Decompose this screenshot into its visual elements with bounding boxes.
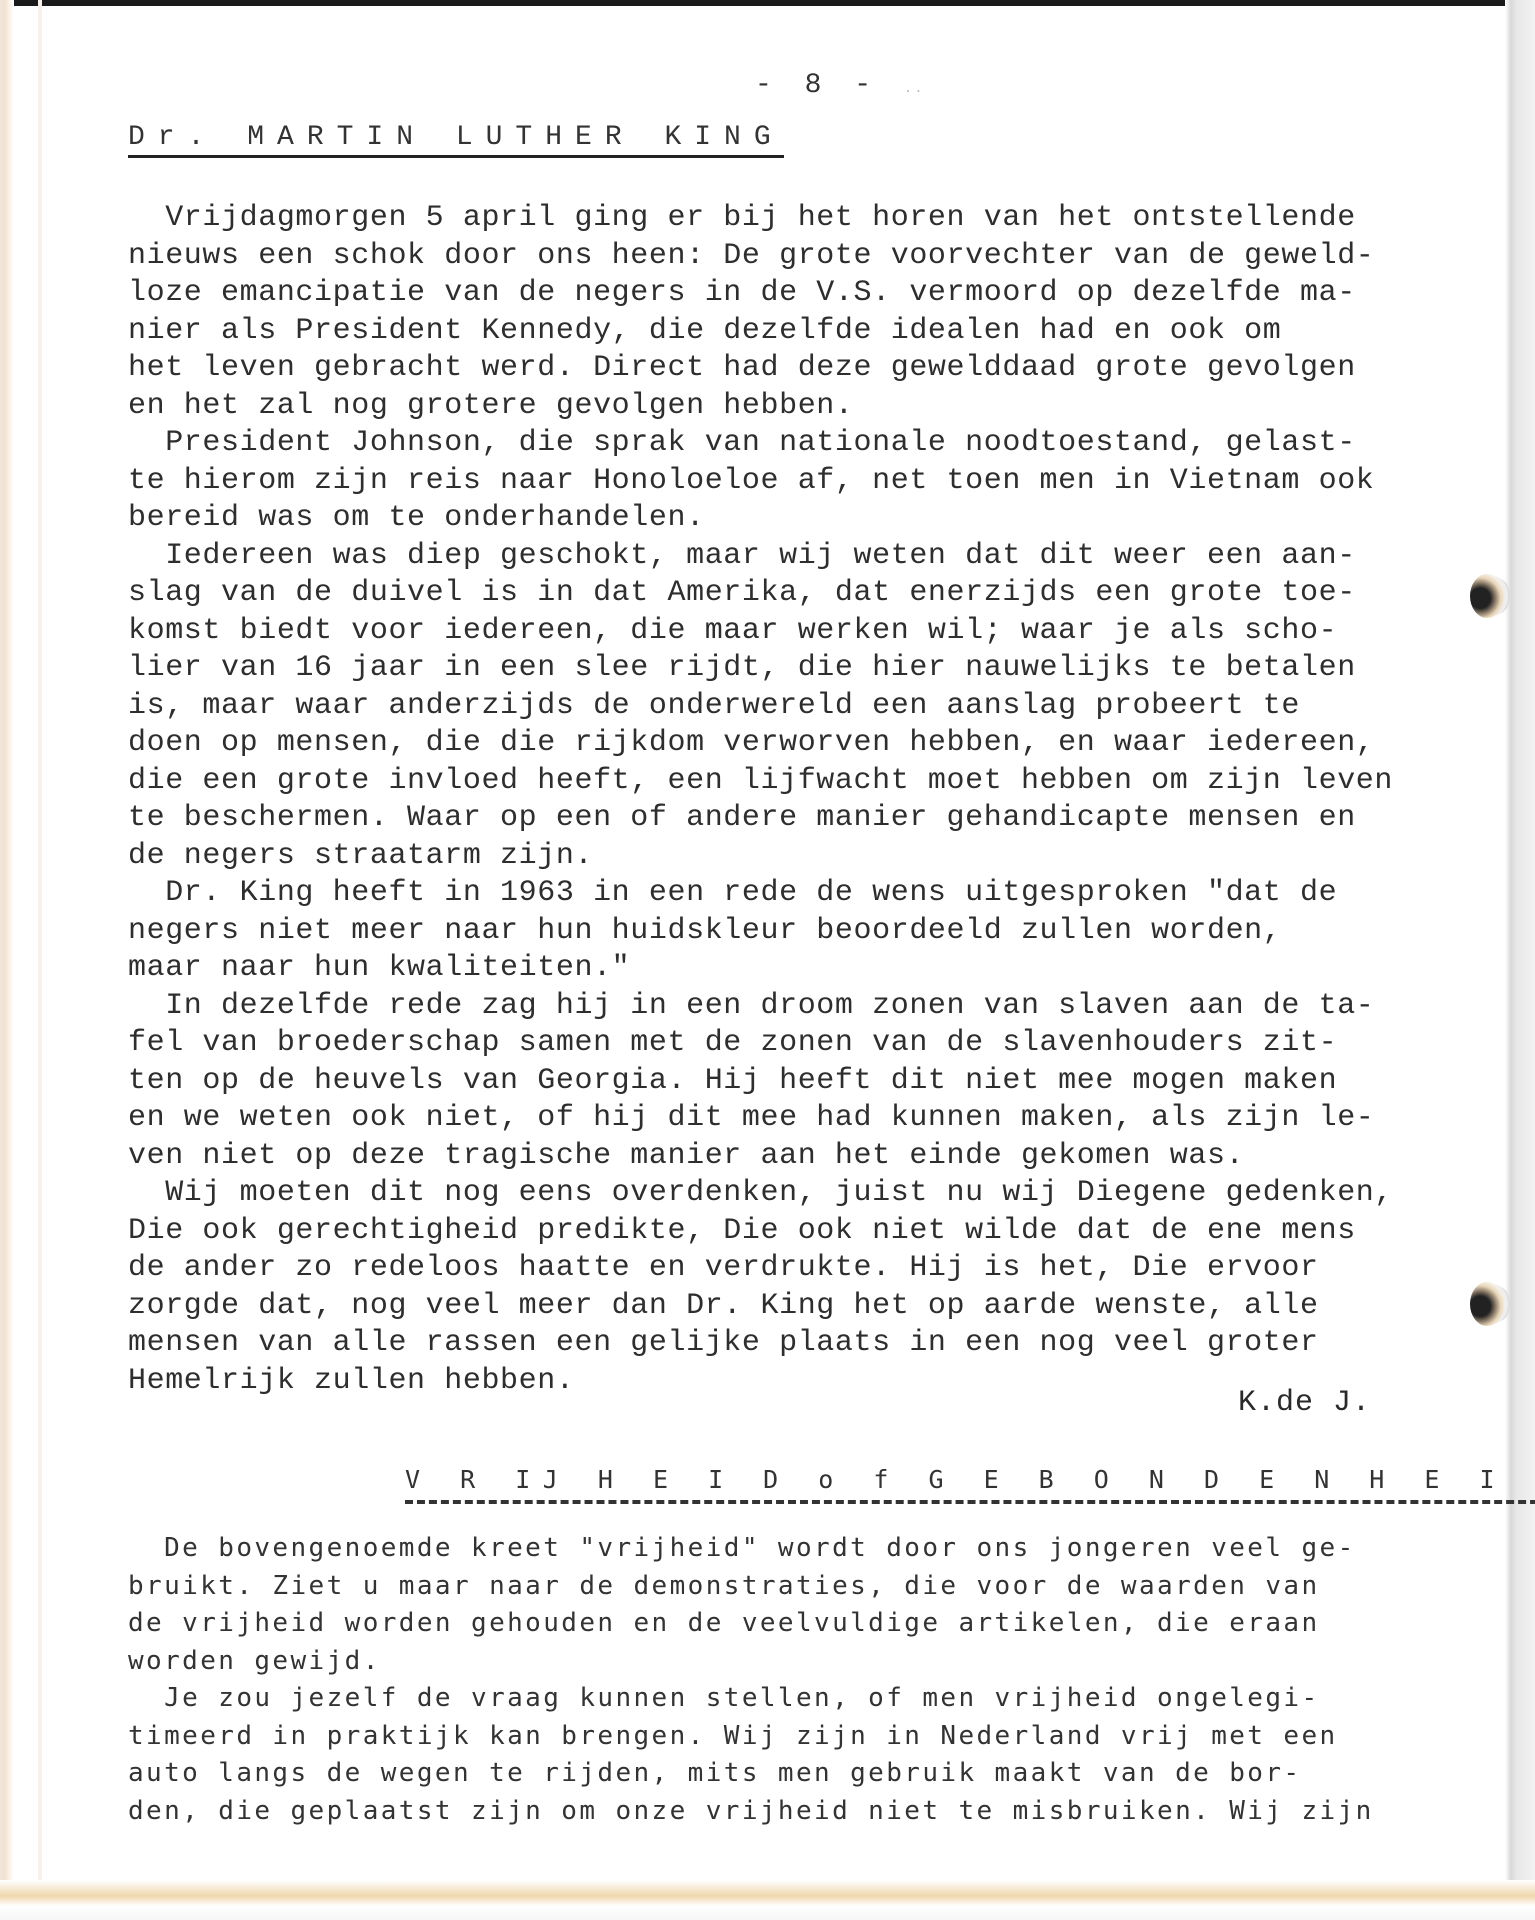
text-line: bereid was om te onderhandelen.: [128, 500, 1488, 538]
text-line: auto langs de wegen te rijden, mits men …: [128, 1755, 1488, 1793]
text-line: nieuws een schok door ons heen: De grote…: [128, 238, 1488, 276]
text-line: komst biedt voor iedereen, die maar werk…: [128, 613, 1488, 651]
text-line: zorgde dat, nog veel meer dan Dr. King h…: [128, 1288, 1488, 1326]
text-line: slag van de duivel is in dat Amerika, da…: [128, 575, 1488, 613]
text-line: Die ook gerechtigheid predikte, Die ook …: [128, 1213, 1488, 1251]
text-line: Vrijdagmorgen 5 april ging er bij het ho…: [128, 200, 1488, 238]
text-line: fel van broederschap samen met de zonen …: [128, 1025, 1488, 1063]
text-line: negers niet meer naar hun huidskleur beo…: [128, 913, 1488, 951]
paper-fold-line: [38, 0, 42, 1920]
text-line: de ander zo redeloos haatte en verdrukte…: [128, 1250, 1488, 1288]
text-line: nier als President Kennedy, die dezelfde…: [128, 313, 1488, 351]
text-line: die een grote invloed heeft, een lijfwac…: [128, 763, 1488, 801]
text-line: worden gewijd.: [128, 1643, 1488, 1681]
text-line: lier van 16 jaar in een slee rijdt, die …: [128, 650, 1488, 688]
text-line: is, maar waar anderzijds de onderwereld …: [128, 688, 1488, 726]
text-line: maar naar hun kwaliteiten.": [128, 950, 1488, 988]
text-line: President Johnson, die sprak van nationa…: [128, 425, 1488, 463]
author-signature: K.de J.: [1238, 1386, 1371, 1420]
paper-bottom-edge: [0, 1880, 1535, 1920]
page-number-label: - 8 -: [755, 70, 879, 101]
text-line: Dr. King heeft in 1963 in een rede de we…: [128, 875, 1488, 913]
text-line: In dezelfde rede zag hij in een droom zo…: [128, 988, 1488, 1026]
text-line: bruikt. Ziet u maar naar de demonstratie…: [128, 1568, 1488, 1606]
page-number-dots: ..: [904, 81, 925, 97]
article-body-mlk: Vrijdagmorgen 5 april ging er bij het ho…: [128, 200, 1488, 1400]
text-line: mensen van alle rassen een gelijke plaat…: [128, 1325, 1488, 1363]
text-line: Iedereen was diep geschokt, maar wij wet…: [128, 538, 1488, 576]
text-line: te hierom zijn reis naar Honoloeloe af, …: [128, 463, 1488, 501]
text-line: De bovengenoemde kreet "vrijheid" wordt …: [128, 1530, 1488, 1568]
text-line: doen op mensen, die die rijkdom verworve…: [128, 725, 1488, 763]
paper-right-edge: [1505, 0, 1535, 1920]
text-line: Wij moeten dit nog eens overdenken, juis…: [128, 1175, 1488, 1213]
article-body-vrijheid: De bovengenoemde kreet "vrijheid" wordt …: [128, 1530, 1488, 1830]
text-line: en we weten ook niet, of hij dit mee had…: [128, 1100, 1488, 1138]
paper-left-edge: [0, 0, 14, 1920]
text-line: te beschermen. Waar op een of andere man…: [128, 800, 1488, 838]
text-line: de negers straatarm zijn.: [128, 838, 1488, 876]
text-line: het leven gebracht werd. Direct had deze…: [128, 350, 1488, 388]
text-line: en het zal nog grotere gevolgen hebben.: [128, 388, 1488, 426]
text-line: de vrijheid worden gehouden en de veelvu…: [128, 1605, 1488, 1643]
text-line: timeerd in praktijk kan brengen. Wij zij…: [128, 1718, 1488, 1756]
text-line: ten op de heuvels van Georgia. Hij heeft…: [128, 1063, 1488, 1101]
page-number: - 8 - ..: [755, 70, 925, 101]
article-title-mlk: Dr. MARTIN LUTHER KING: [128, 122, 784, 158]
text-line: loze emancipatie van de negers in de V.S…: [128, 275, 1488, 313]
text-line: ven niet op deze tragische manier aan he…: [128, 1138, 1488, 1176]
text-line: den, die geplaatst zijn om onze vrijheid…: [128, 1793, 1488, 1831]
text-line: Je zou jezelf de vraag kunnen stellen, o…: [128, 1680, 1488, 1718]
article-title-vrijheid: V R IJ H E I D o f G E B O N D E N H E I…: [405, 1465, 1535, 1504]
scan-top-border: [0, 0, 1535, 6]
